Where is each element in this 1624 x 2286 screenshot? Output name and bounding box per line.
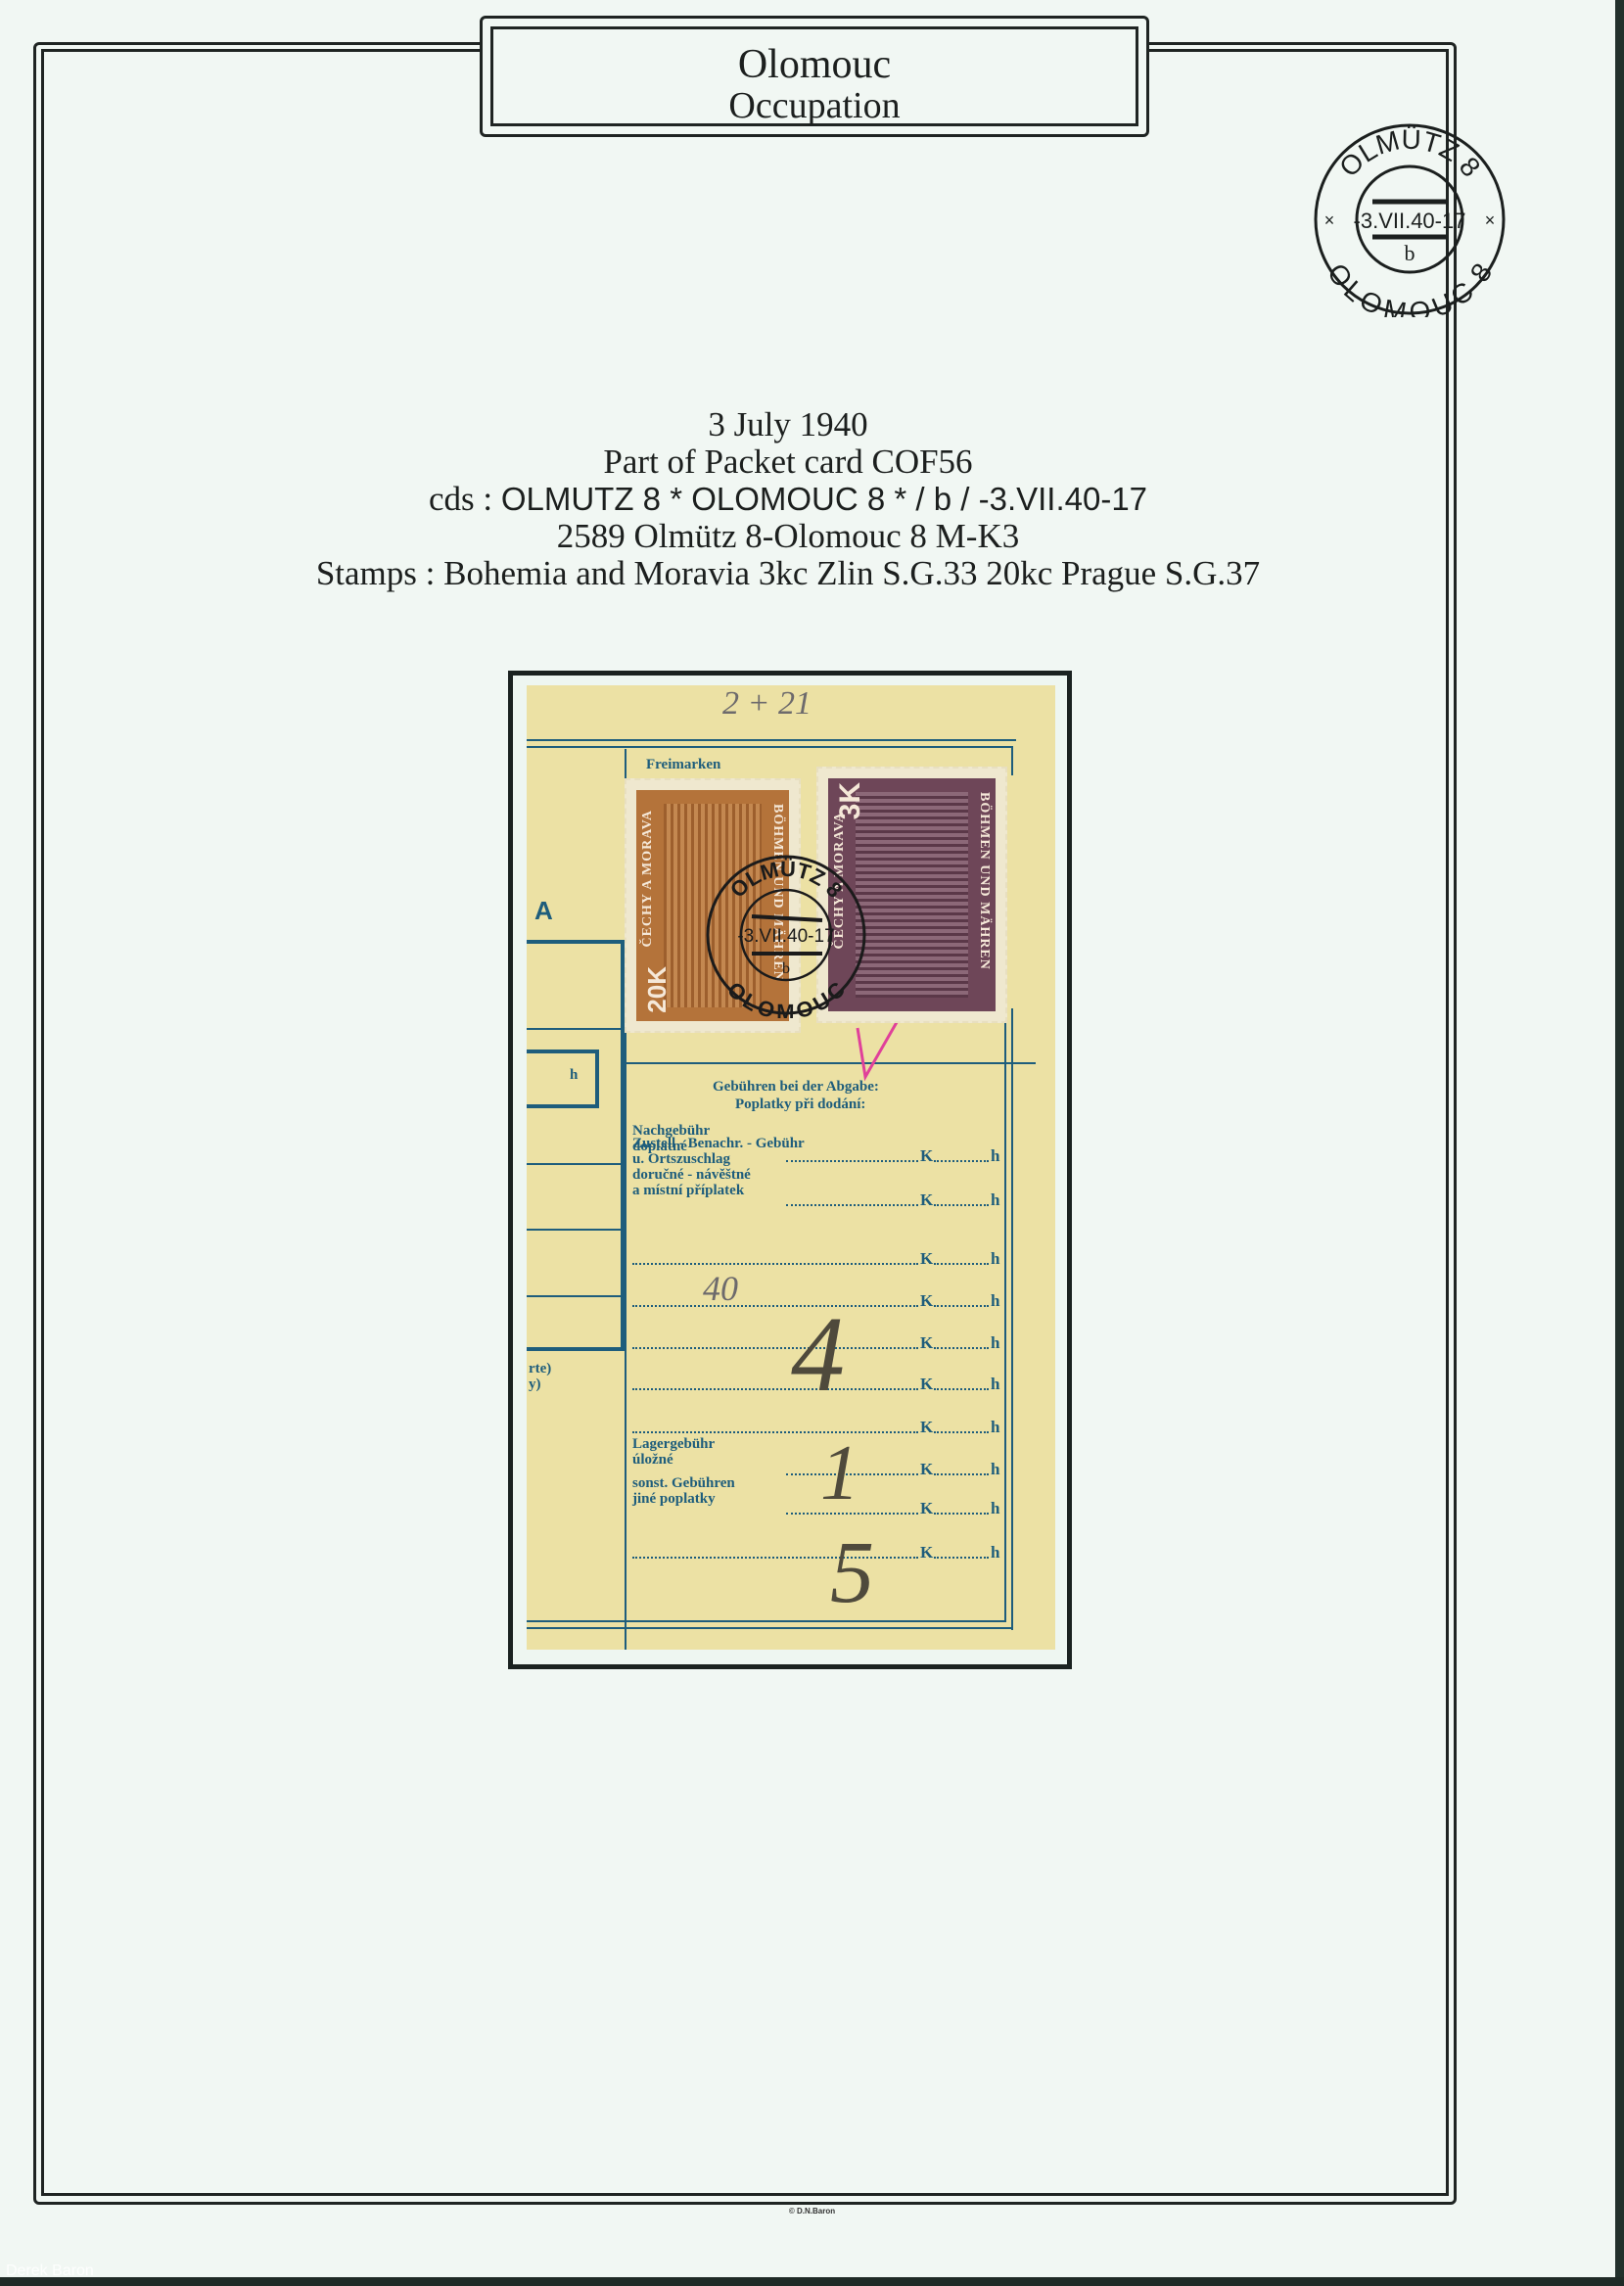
- svg-text:b: b: [782, 960, 790, 977]
- svg-text:OLMÜTZ 8: OLMÜTZ 8: [1333, 124, 1486, 183]
- fee-row-label: Lagergebühr úložné: [632, 1436, 715, 1468]
- description-cds: cds : OLMUTZ 8 * OLOMOUC 8 * / b / -3.VI…: [225, 481, 1351, 518]
- fee-row-dotted-line: [632, 1263, 918, 1265]
- postmark-illustration: OLMÜTZ 8 OLOMOUC 8 -3.VII.40-17 b × ×: [1312, 121, 1508, 317]
- fee-row-koruna: K: [920, 1249, 933, 1269]
- fee-row-dotted-line: [786, 1160, 918, 1162]
- fee-row-haler: h: [991, 1146, 999, 1166]
- fee-row-haler: h: [991, 1190, 999, 1210]
- fee-row-koruna: K: [920, 1375, 933, 1394]
- fee-row-koruna: K: [920, 1499, 933, 1518]
- fee-row-dotted-line: [632, 1388, 918, 1390]
- left-h: h: [570, 1067, 578, 1083]
- fee-row-koruna: K: [920, 1460, 933, 1479]
- fee-row-koruna: K: [920, 1190, 933, 1210]
- svg-text:-3.VII.40-17: -3.VII.40-17: [1354, 209, 1466, 233]
- fee-row-koruna: K: [920, 1333, 933, 1353]
- fee-row-dotted-line: [632, 1557, 918, 1559]
- svg-text:OLOMOUC 8: OLOMOUC 8: [1322, 257, 1498, 317]
- fee-row-haler: h: [991, 1249, 999, 1269]
- fee-row-koruna: K: [920, 1543, 933, 1563]
- fee-row-haler: h: [991, 1418, 999, 1437]
- handwritten-40: 40: [703, 1268, 738, 1309]
- fee-row-dotted-line: [632, 1347, 918, 1349]
- handwritten-1: 1: [820, 1429, 859, 1518]
- fee-row-haler: h: [991, 1543, 999, 1563]
- title-box: Olomouc Occupation: [480, 16, 1149, 137]
- fee-row-haler: h: [991, 1375, 999, 1394]
- packet-card-fragment: 2 + 21 Freimarken A h rte) y) Gebühren b…: [527, 685, 1055, 1650]
- page-title: Olomouc: [493, 43, 1136, 86]
- watermark: Derek Baron: [6, 2263, 94, 2280]
- fees-heading-cz: Poplatky při dodání:: [735, 1096, 865, 1112]
- fee-row-dotted-line: [786, 1204, 918, 1206]
- scan-edge-bottom: [0, 2277, 1624, 2286]
- fee-row-haler: h: [991, 1499, 999, 1518]
- pencil-note: 2 + 21: [722, 685, 812, 723]
- scan-edge-right: [1615, 0, 1624, 2286]
- fee-row-haler: h: [991, 1291, 999, 1311]
- left-letter: A: [534, 903, 553, 918]
- description-stamps: Stamps : Bohemia and Moravia 3kc Zlin S.…: [225, 555, 1351, 592]
- fee-row-koruna: K: [920, 1146, 933, 1166]
- fee-row-label: Zustell - Benachr. - Gebühr u. Ortszusch…: [632, 1136, 805, 1198]
- fee-row-haler: h: [991, 1460, 999, 1479]
- svg-text:×: ×: [1324, 210, 1335, 230]
- copyright: © D.N.Baron: [0, 2207, 1624, 2216]
- fee-row-dotted-line: [632, 1305, 918, 1307]
- svg-text:b: b: [1405, 241, 1415, 265]
- svg-text:×: ×: [1485, 210, 1496, 230]
- description-item: Part of Packet card COF56: [225, 443, 1351, 481]
- fee-row-label: sonst. Gebühren jiné poplatky: [632, 1475, 735, 1507]
- fee-row-dotted-line: [632, 1431, 918, 1433]
- page-subtitle: Occupation: [493, 86, 1136, 125]
- item-description: 3 July 1940 Part of Packet card COF56 cd…: [225, 406, 1351, 592]
- fee-row-haler: h: [991, 1333, 999, 1353]
- fee-row-koruna: K: [920, 1291, 933, 1311]
- handwritten-5: 5: [830, 1522, 874, 1623]
- handwritten-4: 4: [791, 1292, 845, 1417]
- description-date: 3 July 1940: [225, 406, 1351, 443]
- freimarken-label: Freimarken: [646, 757, 720, 772]
- card-postmark: OLMÜTZ 8 OLOMOUC -3.VII.40-17 b: [703, 852, 869, 1018]
- svg-text:OLMÜTZ 8: OLMÜTZ 8: [725, 857, 848, 903]
- svg-text:-3.VII.40-17: -3.VII.40-17: [737, 926, 834, 947]
- description-catalogue: 2589 Olmütz 8-Olomouc 8 M-K3: [225, 518, 1351, 555]
- fee-row-koruna: K: [920, 1418, 933, 1437]
